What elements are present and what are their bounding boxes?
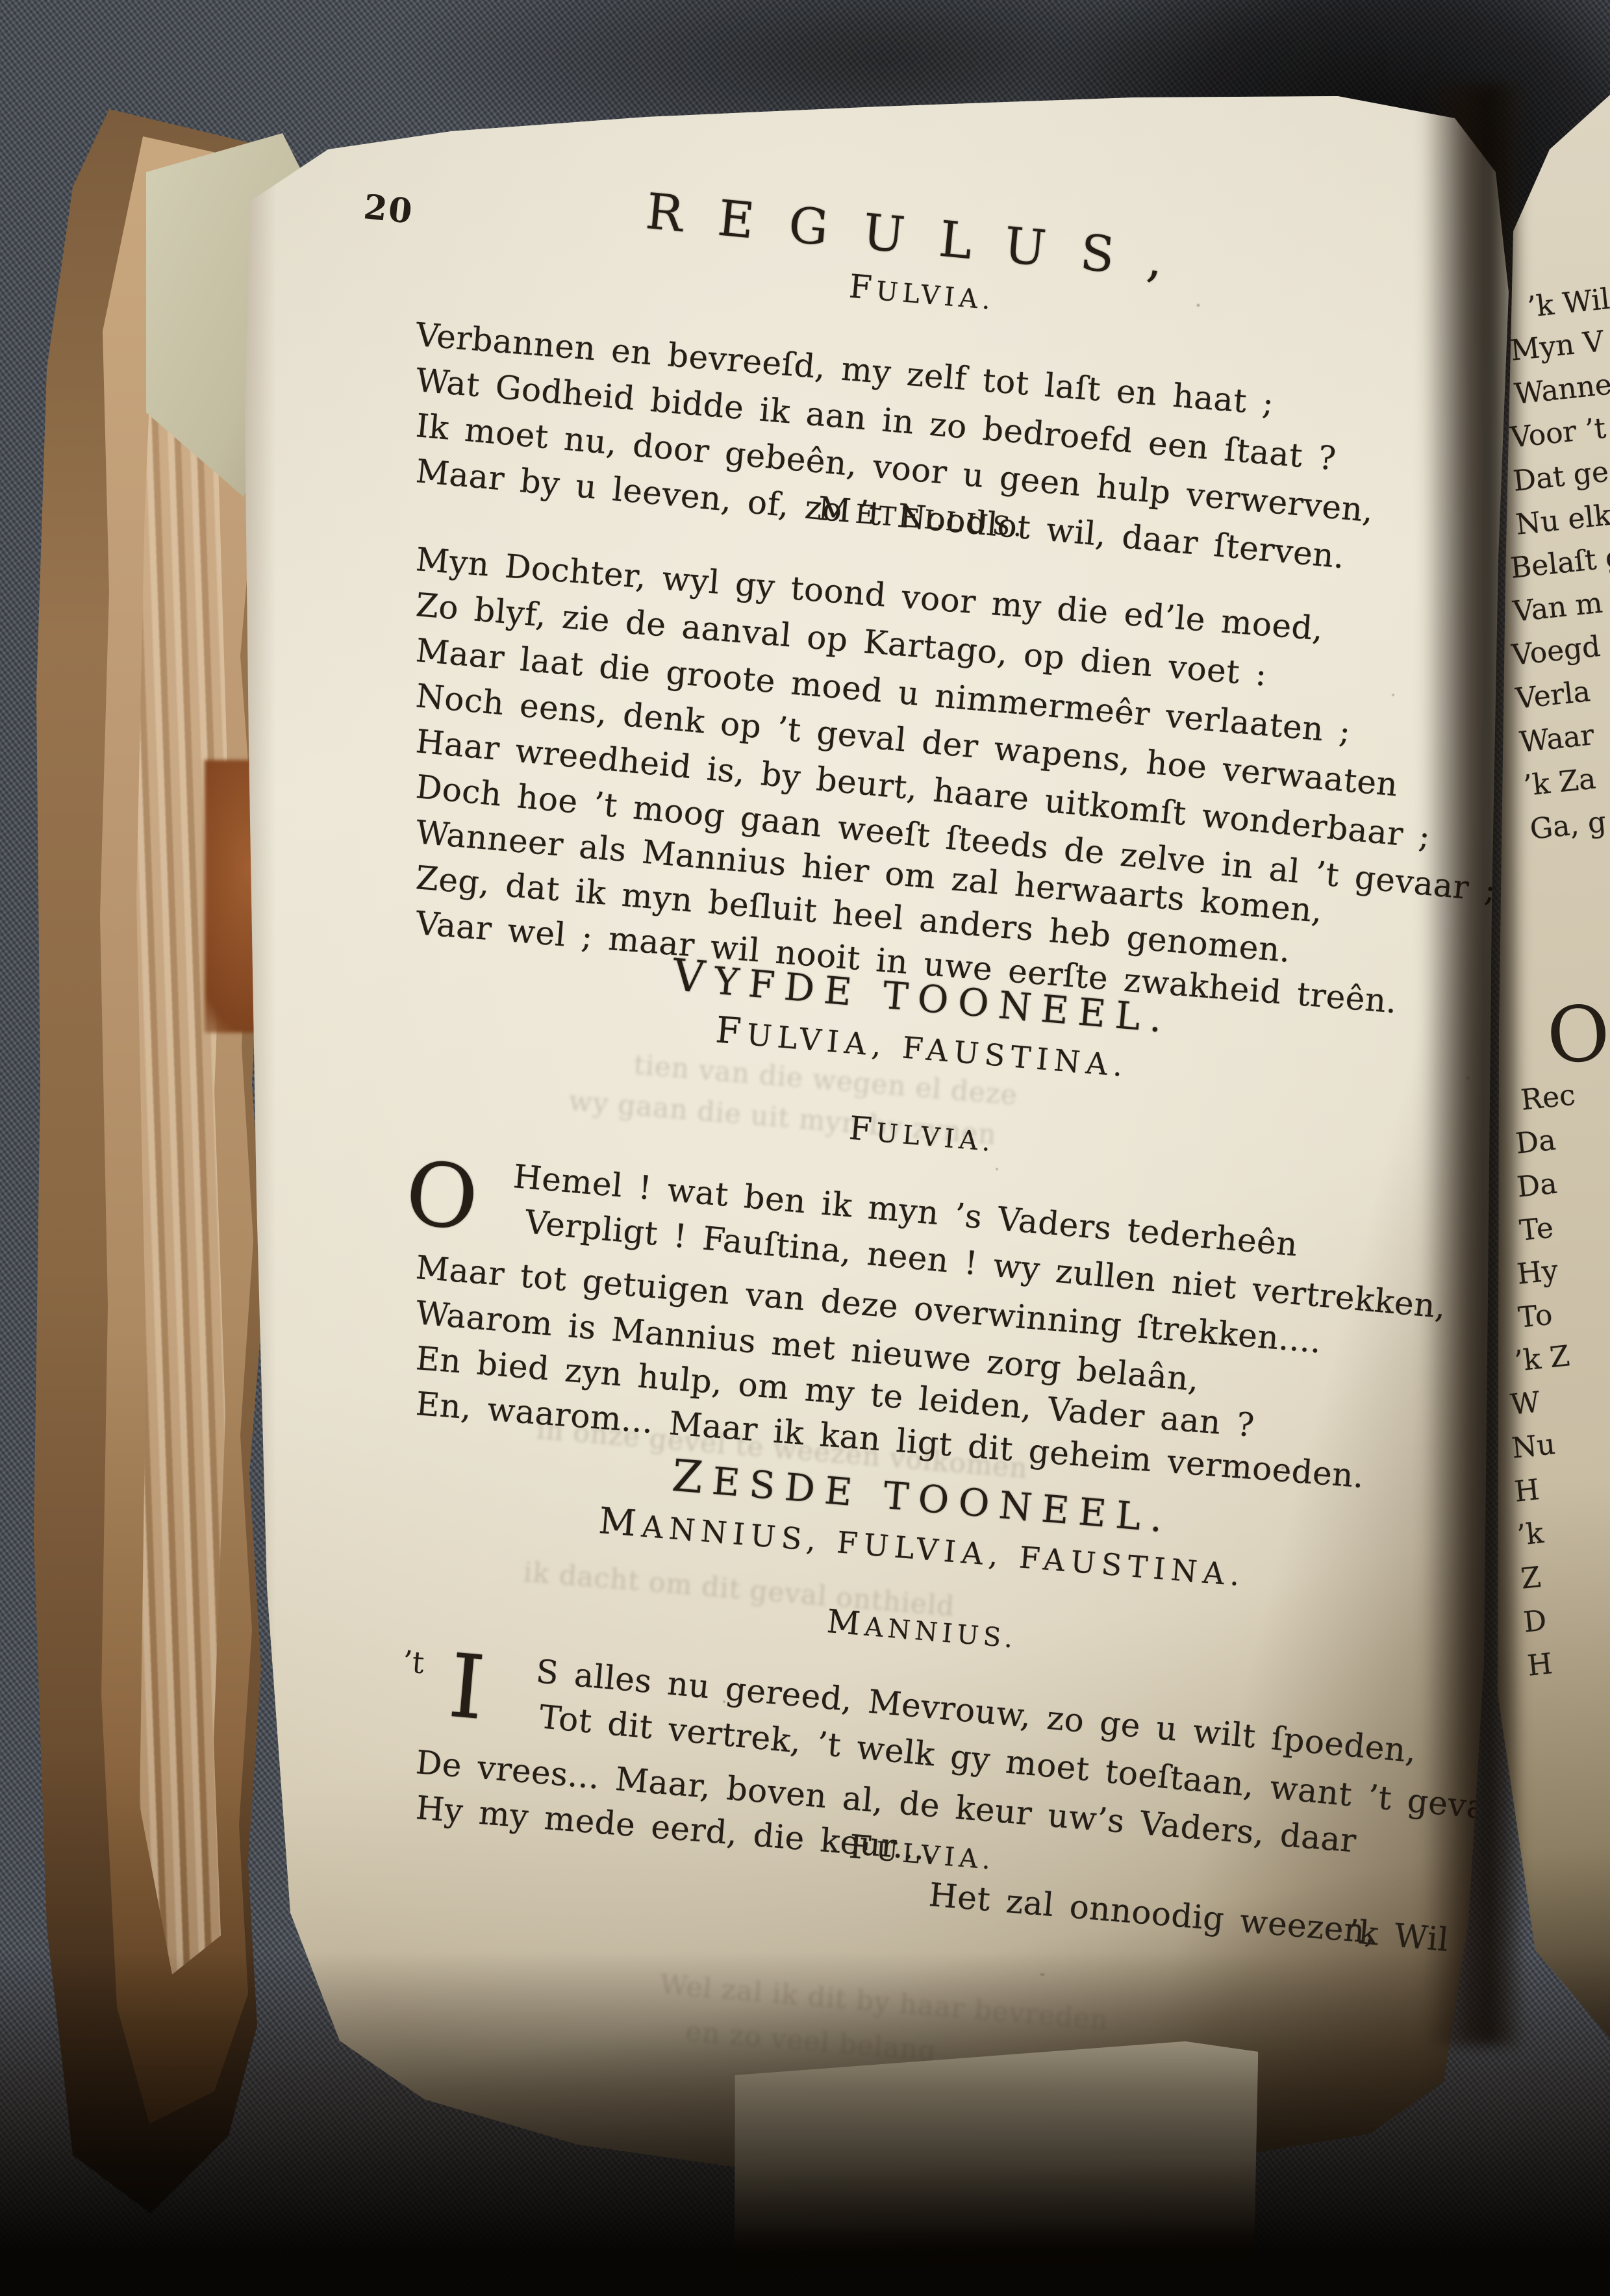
page-number: 20 [362, 187, 415, 232]
show-through-text: en zo veel belang [685, 2015, 938, 2067]
drop-cap-o: O [402, 1154, 482, 1239]
drop-cap-i: I [446, 1647, 488, 1728]
apostrophe-t-prefix: ’t [401, 1644, 426, 1681]
photo-of-open-antique-book: { "page": { "number": "20", "running_tit… [0, 0, 1610, 2296]
page-text-column: FULVIA. Verbannen en bevreeſd, my zelf t… [416, 273, 1429, 1963]
fulvia-speech: O Hemel ! wat ben ik myn ’s Vaders teder… [416, 1154, 1429, 1426]
mannius-speech: ’t I S alles nu gereed, Mevrouw, zo ge u… [416, 1648, 1429, 1830]
gutter-shadow [1422, 84, 1520, 2046]
paper-repair-slip [731, 2040, 1262, 2270]
book-left-page: 20 REGULUS, tien van die wegen el deze w… [231, 91, 1513, 2195]
facing-page-drop-cap-o: O [1544, 985, 1610, 1079]
facing-page-text-fragments: ’k Wil Myn V Wanne Voor ’t Dat ge Nu elk… [1511, 286, 1610, 1688]
